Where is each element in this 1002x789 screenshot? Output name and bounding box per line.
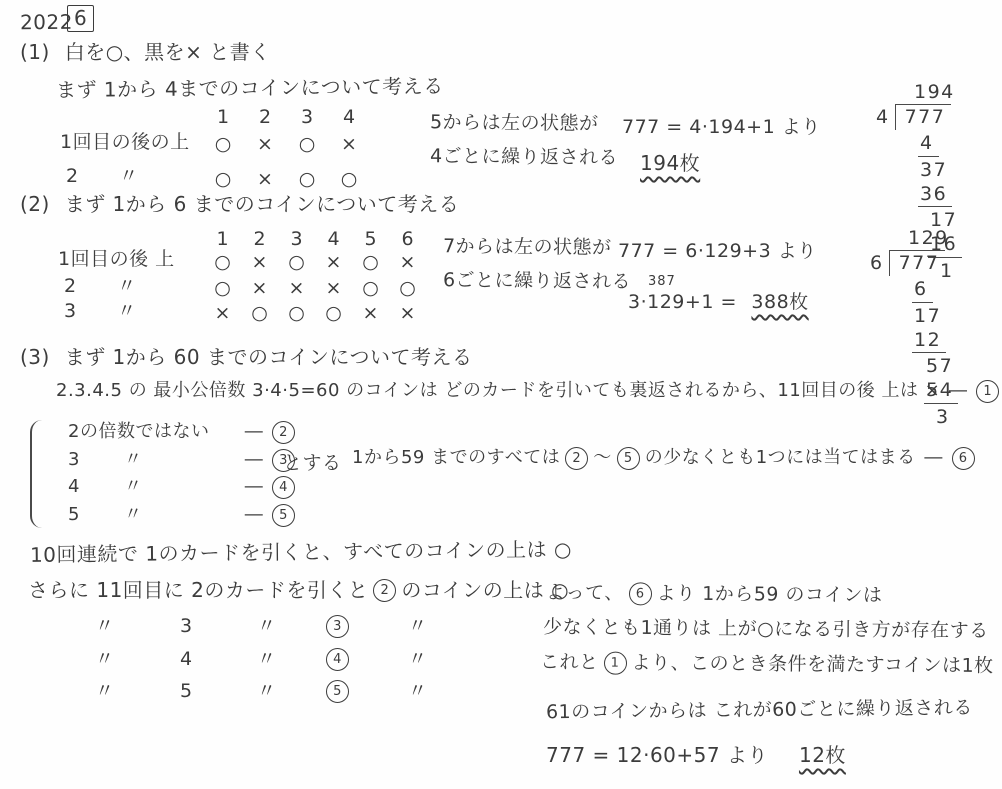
card-number: 5: [180, 680, 252, 704]
part1-note-line2: 4ごとに繰り返される: [430, 145, 618, 170]
division-main-row: 4 777: [876, 104, 962, 130]
part3-intro: まず 1から 60 までのコインについて考える: [65, 345, 473, 369]
condition-text: 5〃: [68, 504, 236, 527]
condition-row-4: 4〃 ― 4: [68, 476, 295, 499]
table2-cell: ×: [278, 277, 315, 299]
year-label: 2022: [20, 10, 73, 36]
table2-cell: ○: [315, 302, 352, 324]
circled-number-2: 2: [565, 447, 588, 470]
ditto-mark: 〃: [408, 680, 428, 704]
dash-mark: ―: [241, 449, 267, 472]
table1-cell: ○: [328, 168, 370, 190]
table2-cell: ○: [278, 251, 315, 273]
part2-heading: (2) まず 1から 6 までのコインについて考える: [20, 192, 459, 217]
row-number: 3: [64, 300, 77, 322]
division-quotient: 194: [914, 82, 962, 103]
table2-row3-label: 3 〃: [64, 300, 137, 324]
part2-equation2: 3·129+1 =: [628, 291, 737, 313]
part2-label: (2): [20, 192, 50, 216]
ditto-mark: 〃: [117, 300, 137, 322]
dash-mark: ―: [241, 504, 267, 527]
part2-intro: まず 1から 6 までのコインについて考える: [65, 192, 460, 216]
condition-text: 3〃: [68, 449, 236, 472]
part2-equation: 777 = 6·129+3 より: [618, 240, 817, 264]
part3-label: (3): [20, 345, 50, 369]
table2-cell: ○: [204, 277, 241, 299]
table1-cell: ○: [286, 133, 328, 155]
ditto-mark: 〃: [117, 275, 137, 297]
division-dividend: 777: [895, 104, 952, 130]
circled-number-6: 6: [952, 447, 975, 470]
table2-cell: ×: [241, 251, 278, 273]
table2-header-row: 1 2 3 4 5 6: [204, 228, 426, 250]
ditto-mark: 〃: [124, 504, 143, 525]
ditto-mark: 〃: [95, 680, 175, 704]
table2-cell: ○: [352, 277, 389, 299]
ditto-mark: 〃: [95, 615, 175, 639]
table2-col-header: 1: [204, 228, 241, 250]
division-quotient: 129: [908, 228, 958, 249]
part3-heading: (3) まず 1から 60 までのコインについて考える: [20, 345, 472, 370]
division-divisor: 4: [876, 104, 890, 130]
table2-row1: ○ × ○ × ○ ×: [204, 251, 426, 273]
table2-col-header: 3: [278, 228, 315, 250]
table2-cell: ○: [241, 302, 278, 324]
ditto-mark: 〃: [124, 476, 143, 497]
division-divisor: 6: [870, 250, 884, 276]
part1-note-line1: 5からは左の状態が: [430, 111, 599, 136]
dash-mark: ―: [241, 476, 267, 499]
division-dividend: 777: [889, 250, 946, 276]
table1-cell: ×: [244, 133, 286, 155]
table2-cell: ○: [389, 277, 426, 299]
table1-cell: ○: [202, 133, 244, 155]
part1-consider: まず 1から 4までのコインについて考える: [56, 74, 444, 103]
division-step: 3: [936, 407, 950, 428]
part1-equation: 777 = 4·194+1 より: [622, 116, 821, 140]
part1-answer: 194枚: [640, 151, 700, 176]
table2-cell: ○: [204, 251, 241, 273]
draw2-text1: さらに 11回目に 2のカードを引くと: [28, 578, 368, 603]
circled-number-1: 1: [976, 380, 999, 403]
conclusion-line-4: 61のコインからは これが60ごとに繰り返される: [546, 697, 973, 725]
table2-cell: ○: [278, 302, 315, 324]
table1-col-header: 1: [202, 106, 244, 128]
ditto-mark: 〃: [408, 615, 428, 639]
dash-mark: ―: [945, 380, 971, 403]
table2-cell: ×: [241, 277, 278, 299]
part1-label: (1): [20, 40, 50, 64]
ditto-row: 〃 3 〃 3 〃: [95, 615, 428, 639]
division-step: 12: [912, 330, 946, 354]
problem-number-box: 6: [67, 5, 94, 32]
division-step: 17: [914, 306, 941, 327]
ditto-mark: 〃: [119, 165, 139, 187]
problem-number: 6: [67, 6, 94, 31]
table2-cell: ×: [315, 251, 352, 273]
statement6-text2: の少なくとも1つには当てはまる: [645, 447, 916, 470]
conclusion-line-2: 少なくとも1通りは 上が○になる引き方が存在する: [543, 616, 989, 644]
conclusion-line-3: これと 1 より、このとき条件を満たすコインは1枚: [540, 651, 994, 679]
ditto-mark: 〃: [408, 648, 428, 672]
table1-row1-label: 1回目の後の上: [60, 131, 190, 155]
final-equation: 777 = 12·60+57 より: [546, 743, 768, 768]
conclusion-text: より 1から59 のコインは: [657, 582, 883, 608]
part3-reason-line: 2.3.4.5 の 最小公倍数 3·4·5=60 のコインは どのカードを引いて…: [56, 380, 999, 403]
row-number: 2: [64, 275, 77, 297]
division-step: 36: [918, 184, 952, 208]
table2-col-header: 5: [352, 228, 389, 250]
division-step: 6: [912, 279, 933, 303]
table1-col-header: 3: [286, 106, 328, 128]
part1-heading: (1) 白を○、黒を× と書く: [20, 40, 271, 65]
answer-underlined: 194枚: [640, 151, 700, 175]
conclusion-text: これと: [540, 651, 599, 675]
circled-number-2: 2: [272, 421, 295, 444]
conclusion-line-1: よって、 6 より 1から59 のコインは: [546, 582, 883, 609]
card-number: 4: [180, 648, 252, 672]
circled-number-6: 6: [629, 583, 652, 606]
table1-cell: ×: [328, 133, 370, 155]
part1-intro: 白を○、黒を× と書く: [65, 40, 271, 64]
division-main-row: 6 777: [870, 250, 958, 276]
draw-statement-2: さらに 11回目に 2のカードを引くと 2 のコインの上は ○: [28, 578, 569, 603]
circled-number-4: 4: [326, 648, 349, 671]
draw2-text2: のコインの上は ○: [401, 578, 569, 603]
table1-cell: ○: [286, 168, 328, 190]
answer-underlined: 388枚: [751, 291, 808, 313]
part2-product-note: 387: [648, 274, 676, 290]
conclusion-text: より、このとき条件を満たすコインは1枚: [631, 652, 993, 679]
circled-number-5: 5: [272, 504, 295, 527]
division-step: 37: [920, 160, 947, 181]
condition-text: 2の倍数ではない: [68, 421, 236, 444]
table2-row1-label: 1回目の後 上: [58, 248, 175, 272]
table1-col-header: 2: [244, 106, 286, 128]
ditto-mark: 〃: [257, 680, 321, 704]
part2-note-line2: 6ごとに繰り返される: [443, 269, 631, 294]
condition-text: 4〃: [68, 476, 236, 499]
circled-number-2: 2: [373, 579, 396, 602]
table2-cell: ×: [389, 251, 426, 273]
condition-row-3: 3〃 ― 3: [68, 449, 295, 472]
condition-number: 4: [68, 476, 124, 499]
condition-row-2: 2の倍数ではない ― 2: [68, 421, 295, 444]
table1-header-row: 1 2 3 4: [202, 106, 370, 128]
part2-note-line1: 7からは左の状態が: [443, 235, 612, 260]
tosuru-label: とする: [283, 452, 342, 476]
part3-reason-text: 2.3.4.5 の 最小公倍数 3·4·5=60 のコインは どのカードを引いて…: [56, 380, 940, 403]
ditto-row: 〃 5 〃 5 〃: [95, 680, 428, 704]
ditto-mark: 〃: [257, 615, 321, 639]
statement6-text1: 1から59 までのすべては: [352, 447, 560, 470]
table2-row2: ○ × × × ○ ○: [204, 277, 426, 299]
table1-col-header: 4: [328, 106, 370, 128]
ditto-mark: 〃: [124, 449, 143, 470]
conclusion-line-5: 777 = 12·60+57 より 12枚: [546, 743, 846, 768]
ditto-mark: 〃: [257, 648, 321, 672]
row-number: 2: [66, 165, 79, 187]
part2-answer-line: 3·129+1 = 388枚: [628, 291, 809, 315]
tilde-mark: 〜: [593, 447, 612, 470]
condition-number: 3: [68, 449, 124, 472]
circled-number-1: 1: [603, 652, 626, 675]
answer-underlined: 12枚: [799, 743, 846, 768]
table1-row2: ○ × ○ ○: [202, 168, 370, 190]
division-step: 57: [926, 356, 953, 377]
list-bracket: [30, 420, 46, 528]
condition-number: 5: [68, 504, 124, 527]
circled-number-4: 4: [272, 476, 295, 499]
table2-row3: × ○ ○ ○ × ×: [204, 302, 426, 324]
card-number: 3: [180, 615, 252, 639]
circled-number-5: 5: [617, 447, 640, 470]
handwritten-notes-page: 2022 6 (1) 白を○、黒を× と書く まず 1から 4までのコインについ…: [0, 0, 1002, 789]
circled-number-3: 3: [326, 615, 349, 638]
division-step: 4: [918, 133, 939, 157]
table1-row1: ○ × ○ ×: [202, 133, 370, 155]
ditto-row: 〃 4 〃 4 〃: [95, 648, 428, 672]
table1-cell: ○: [202, 168, 244, 190]
table2-cell: ×: [204, 302, 241, 324]
table2-row2-label: 2 〃: [64, 275, 137, 299]
conclusion-text: よって、: [546, 582, 624, 606]
table2-cell: ×: [352, 302, 389, 324]
table2-cell: ○: [352, 251, 389, 273]
ditto-mark: 〃: [95, 648, 175, 672]
table1-row2-label: 2 〃: [66, 165, 139, 189]
circled-number-5: 5: [326, 680, 349, 703]
table2-col-header: 4: [315, 228, 352, 250]
table2-col-header: 6: [389, 228, 426, 250]
table2-cell: ×: [389, 302, 426, 324]
statement-6-line: 1から59 までのすべては 2 〜 5 の少なくとも1つには当てはまる ― 6: [352, 447, 975, 470]
table1-cell: ×: [244, 168, 286, 190]
table2-cell: ×: [315, 277, 352, 299]
dash-mark: ―: [921, 447, 947, 470]
dash-mark: ―: [241, 421, 267, 444]
condition-row-5: 5〃 ― 5: [68, 504, 295, 527]
draw-statement-1: 10回連続で 1のカードを引くと、すべてのコインの上は ○: [30, 537, 572, 568]
table2-col-header: 2: [241, 228, 278, 250]
